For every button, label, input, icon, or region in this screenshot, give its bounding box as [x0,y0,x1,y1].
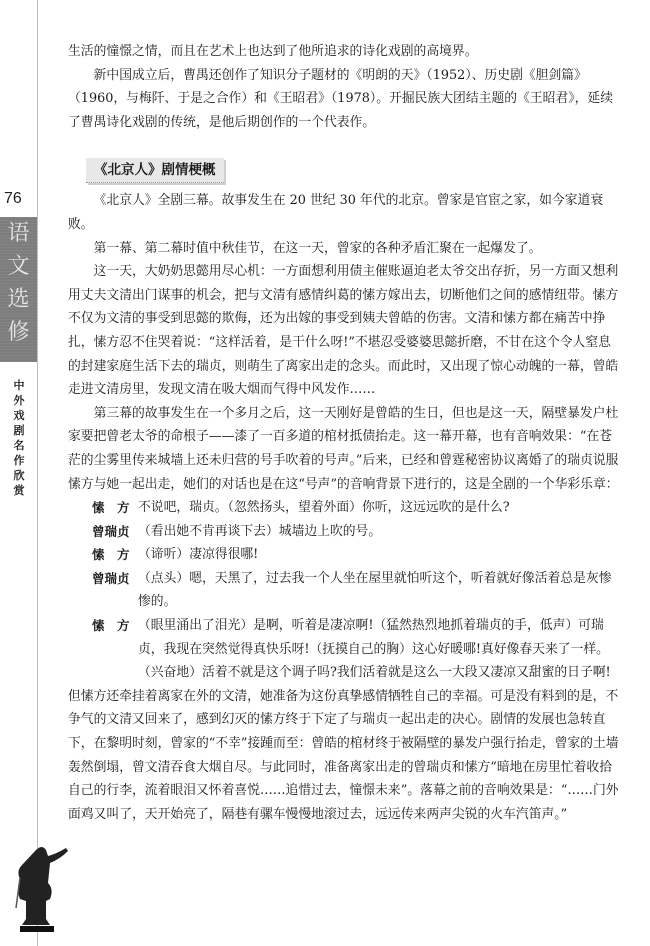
synopsis-paragraph: 第一幕、第二幕时值中秋佳节，在这一天，曾家的各种矛盾汇聚在一起爆发了。 [68,237,620,261]
dialogue-text: 不说吧，瑞贞。（忽然扬头，望着外面）你听，这远远吹的是什么? [138,496,620,520]
intro-paragraph-1: 生活的憧憬之情，而且在艺术上也达到了他所追求的诗化戏剧的高境界。 [68,40,620,64]
dialogue-line: 曾瑞贞 （点头）嗯，天黑了，过去我一个人坐在屋里就怕听这个，听着就好像活着总是灰… [92,567,620,614]
dialogue-text: （点头）嗯，天黑了，过去我一个人坐在屋里就怕听这个，听着就好像活着总是灰惨惨的。 [138,567,620,614]
page-content: 生活的憧憬之情，而且在艺术上也达到了他所追求的诗化戏剧的高境界。 新中国成立后，… [68,40,620,826]
dialogue-text: （眼里涌出了泪光）是啊，听着是凄凉啊!（猛然热烈地抓着瑞贞的手，低声）可瑞贞，我… [138,614,620,685]
synopsis-paragraph: 《北京人》全剧三幕。故事发生在 20 世纪 30 年代的北京。曾家是官宦之家，如… [68,189,620,236]
page-number: 76 [4,190,22,208]
dialogue-line: 曾瑞贞 （看出她不肯再谈下去）城墙边上吹的号。 [92,520,620,544]
statue-illustration-icon [14,838,70,938]
series-title-char: 选 [0,283,37,316]
course-title: 中外戏剧名作欣赏 [10,378,28,498]
speaker-name: 曾瑞贞 [92,567,138,614]
series-title-block: 语 文 选 修 [0,217,37,362]
intro-paragraph-2: 新中国成立后，曹禺还创作了知识分子题材的《明朗的天》（1952）、历史剧《胆剑篇… [68,64,620,135]
series-title-char: 修 [0,316,37,349]
synopsis-paragraph: 第三幕的故事发生在一个多月之后，这一天刚好是曾皓的生日，但也是这一天，隔壁暴发户… [68,402,620,496]
dialogue-line: 愫 方 （眼里涌出了泪光）是啊，听着是凄凉啊!（猛然热烈地抓着瑞贞的手，低声）可… [92,614,620,685]
series-title-char: 文 [0,250,37,283]
series-title-char: 语 [0,217,37,250]
margin-rule [37,0,38,946]
dialogue-text: （看出她不肯再谈下去）城墙边上吹的号。 [138,520,620,544]
closing-paragraph: 但愫方还牵挂着离家在外的文清，她准备为这份真挚感情牺牲自己的幸福。可是没有料到的… [68,685,620,827]
section-heading: 《北京人》剧情梗概 [86,158,224,183]
speaker-name: 愫 方 [92,543,138,567]
speaker-name: 曾瑞贞 [92,520,138,544]
speaker-name: 愫 方 [92,496,138,520]
dialogue-text: （谛听）凄凉得很哪! [138,543,620,567]
synopsis-paragraph: 这一天，大奶奶思懿用尽心机：一方面想利用债主催账逼迫老太爷交出存折，另一方面又想… [68,260,620,402]
speaker-name: 愫 方 [92,614,138,685]
dialogue-line: 愫 方 （谛听）凄凉得很哪! [92,543,620,567]
dialogue-line: 愫 方 不说吧，瑞贞。（忽然扬头，望着外面）你听，这远远吹的是什么? [92,496,620,520]
